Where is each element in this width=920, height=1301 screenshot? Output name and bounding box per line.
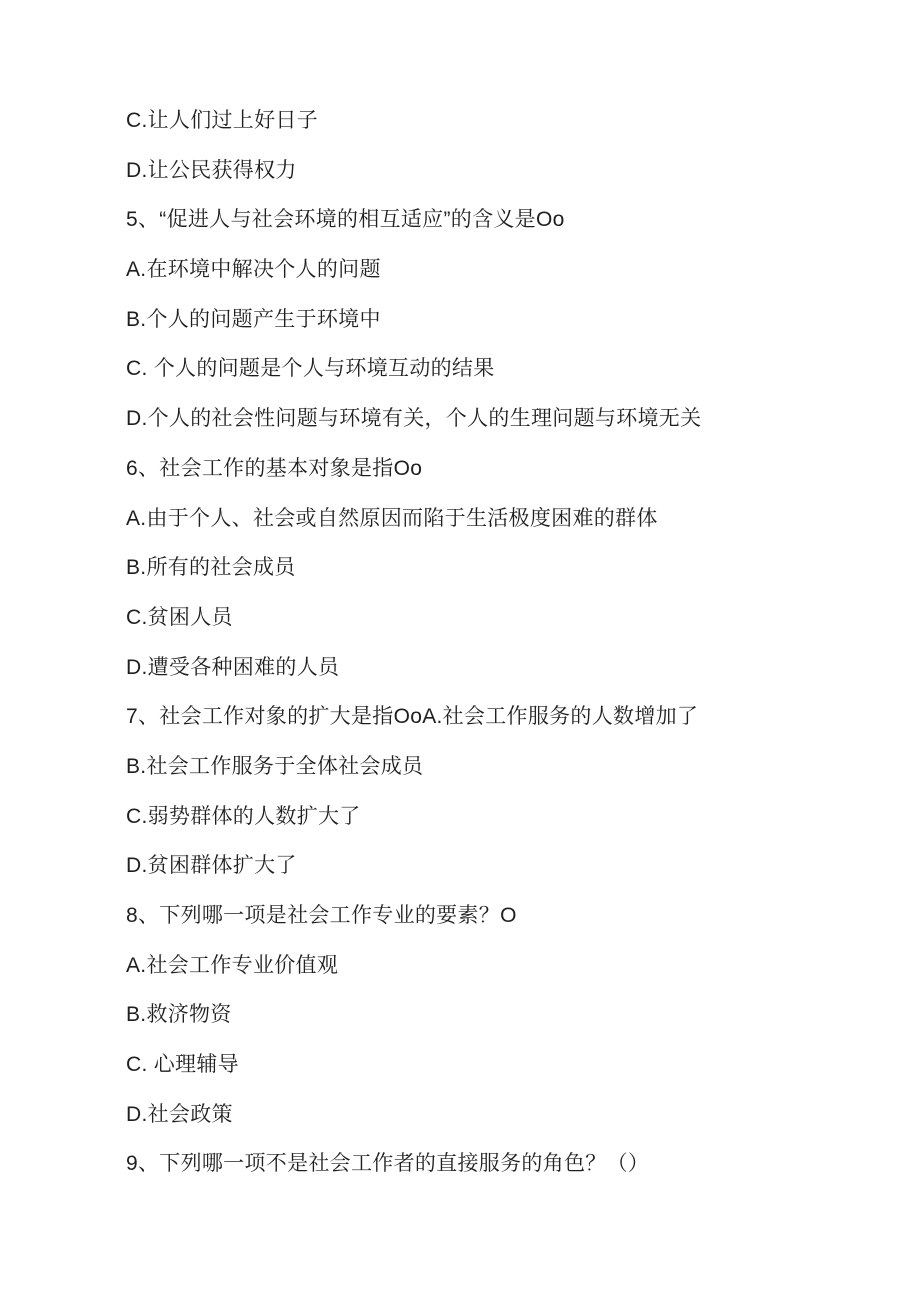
option-line: D.贫困群体扩大了 <box>126 841 880 891</box>
question-line: 7、社会工作对象的扩大是指OoA.社会工作服务的人数增加了 <box>126 692 880 742</box>
option-line: C.弱势群体的人数扩大了 <box>126 792 880 842</box>
option-line: B.个人的问题产生于环境中 <box>126 295 880 345</box>
option-line: B.救济物资 <box>126 990 880 1040</box>
option-line: D.社会政策 <box>126 1090 880 1140</box>
question-line: 5、“促进人与社会环境的相互适应”的含义是Oo <box>126 195 880 245</box>
option-line: A.在环境中解决个人的问题 <box>126 245 880 295</box>
option-line: C. 心理辅导 <box>126 1040 880 1090</box>
question-line: 9、下列哪一项不是社会工作者的直接服务的角色？（） <box>126 1139 880 1189</box>
document-page: C.让人们过上好日子 D.让公民获得权力 5、“促进人与社会环境的相互适应”的含… <box>0 0 920 1301</box>
option-line: C. 个人的问题是个人与环境互动的结果 <box>126 344 880 394</box>
option-line: C.贫困人员 <box>126 593 880 643</box>
question-line: 6、社会工作的基本对象是指Oo <box>126 444 880 494</box>
option-line: C.让人们过上好日子 <box>126 96 880 146</box>
question-line: 8、下列哪一项是社会工作专业的要素？O <box>126 891 880 941</box>
option-line: D.让公民获得权力 <box>126 146 880 196</box>
option-line: B.所有的社会成员 <box>126 543 880 593</box>
option-line: D.遭受各种困难的人员 <box>126 643 880 693</box>
option-line: B.社会工作服务于全体社会成员 <box>126 742 880 792</box>
option-line: A.由于个人、社会或自然原因而陷于生活极度困难的群体 <box>126 494 880 544</box>
option-line: D.个人的社会性问题与环境有关，个人的生理问题与环境无关 <box>126 394 880 444</box>
option-line: A.社会工作专业价值观 <box>126 941 880 991</box>
